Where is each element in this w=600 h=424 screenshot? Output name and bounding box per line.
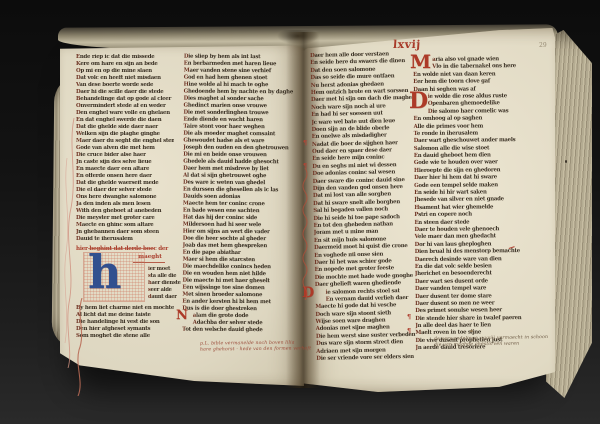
- text-line: Maer daer du seght die enghel stem: [76, 138, 170, 145]
- text-line: Kere om hare en sijn an bede: [76, 61, 170, 68]
- text-line: Die el daer der selver stede: [76, 187, 170, 194]
- right-column-2-lines: aria also vol gnade wienVlo in die taber…: [413, 56, 528, 353]
- lines-beside-initial: ier moetsta alle diehaer diensteseer ald…: [148, 266, 188, 301]
- text-line: Gode van alven die met hem: [76, 145, 170, 152]
- text-line: Van dese boerte worde sede: [76, 82, 170, 89]
- text-line: Ende riep ic dat die missede: [76, 54, 170, 61]
- text-line: Die meyster met groter care: [76, 215, 170, 222]
- text-line: En maecte daer een altare: [76, 166, 170, 173]
- text-line: Al licht dat me deine faiste: [76, 312, 174, 319]
- pilcrow-mark: ¶: [407, 313, 411, 321]
- left-page-margin-note: p.L. bible vermanelde noch boven liliaha…: [200, 340, 311, 353]
- lombard-initial-d-col2: D: [409, 90, 428, 112]
- text-line: Onvermindert stede af en weder: [76, 103, 170, 110]
- text-line: daunt daer: [148, 294, 186, 301]
- text-line: sta alle die: [148, 273, 186, 280]
- text-line: Tot den welsche dauid ghede: [182, 327, 291, 335]
- text-line: Maecte en ghinc som altare: [76, 222, 170, 229]
- stain-speck: [352, 252, 354, 254]
- text-line: Dat volc en heeft niet misdaen: [76, 75, 170, 82]
- text-line: hare ghehorst · hede van den formen verh…: [200, 346, 311, 353]
- text-line: Jn caste sijn des selve lieue: [76, 159, 170, 166]
- folio-number: 29: [539, 42, 547, 49]
- text-line: Daer hi die scille daer die stede: [76, 89, 170, 96]
- lombard-initial-n: N: [176, 309, 188, 322]
- text-line: Den enghel ware volle en ghelaen: [76, 110, 170, 117]
- text-line: Die cruce bider alse haer: [76, 152, 170, 159]
- text-line: En dat enghel swerde die daen: [76, 117, 170, 124]
- pen-flourish-gutter-margin: [299, 168, 311, 300]
- text-line: Die handelinge hi vest die son: [76, 319, 174, 326]
- initial-h-letter: h: [88, 247, 121, 297]
- text-line: Op mi en op die mine slaen: [76, 68, 170, 75]
- lombard-initial-m: M: [410, 53, 431, 72]
- right-page-margin-note: de verwandelinge xxxviij vermaecht in sc…: [434, 335, 548, 349]
- stain-speck: [565, 160, 567, 163]
- manuscript-photograph: Ende riep ic dat die missedeKere om hare…: [0, 0, 600, 424]
- text-line: Som moghet die stene alle: [76, 333, 174, 340]
- text-line: Dauid te iherusalem: [76, 236, 170, 243]
- text-line: Dat die ghelde waerseit mede: [76, 180, 170, 187]
- pen-flourish-initial-descender: [72, 298, 88, 396]
- text-line: haer dienste: [148, 280, 186, 287]
- text-line: Ons here dwanghe salomone: [76, 194, 170, 201]
- right-column-1-lines: Daer hem alle door verstaenEn seide here…: [310, 51, 418, 363]
- text-line: ier moet: [148, 266, 186, 273]
- text-line: With den gheboet af anebeden: [76, 208, 170, 215]
- left-column-1-lines: Ende riep ic dat die missedeKere om hare…: [76, 54, 174, 243]
- stain-speck: [470, 330, 473, 332]
- chapter-heading-roman-numeral: lxvij: [393, 38, 422, 51]
- text-line: By hem liet charme niet en mochte: [76, 305, 174, 312]
- text-line: Welken sijn die plaghe ginghe: [76, 131, 170, 138]
- pilcrow-mark: ¶: [407, 327, 411, 335]
- text-line: En offerde onsen here daer: [76, 173, 170, 180]
- pilcrow-mark: ¶: [303, 139, 307, 147]
- text-line: Den hier afgheset symants: [76, 326, 174, 333]
- left-column-1-bottom-lines: By hem liet charme niet en mochteAl lich…: [76, 305, 178, 340]
- text-line: Behandelinge dat op gode al cleer: [76, 96, 170, 103]
- text-line: Ja den inden als men lesen: [76, 201, 170, 208]
- text-line: Dat die ghelde side daer naer: [76, 124, 170, 131]
- left-column-2-lines: Die sliep by hem als int lastEn berbarme…: [182, 54, 298, 335]
- text-line: seer alde: [148, 287, 186, 294]
- illuminated-initial-h: h: [84, 253, 144, 301]
- text-line: Jn ghebannen daer som steen: [76, 229, 170, 236]
